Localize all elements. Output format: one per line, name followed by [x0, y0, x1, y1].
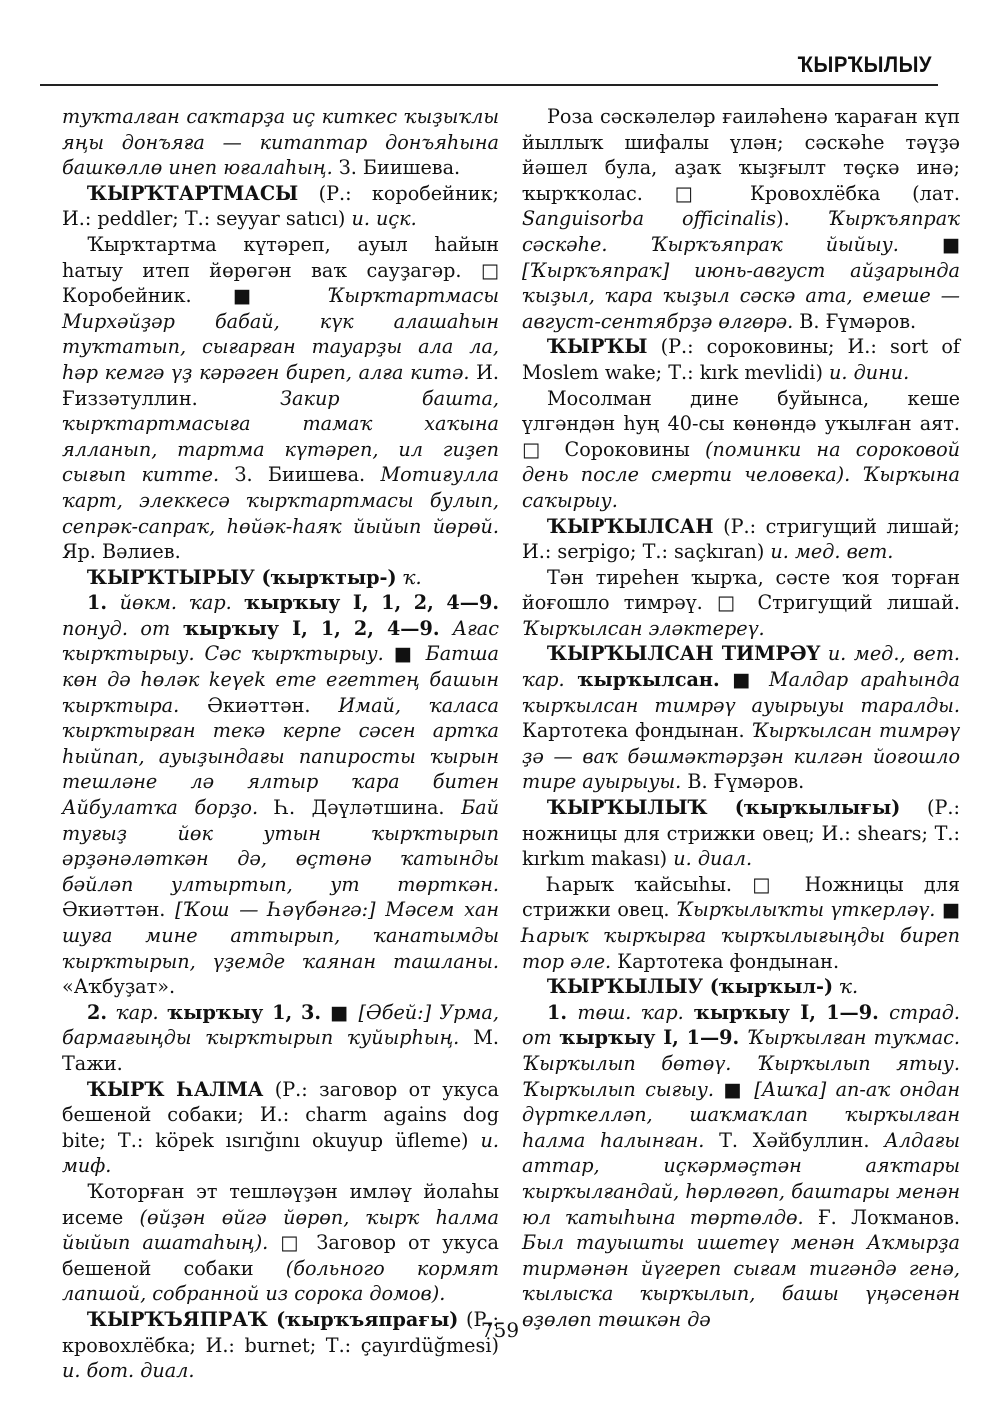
dictionary-entry: ҠЫРҠТЫРЫУ (ҡырҡтыр-) ҡ.: [62, 565, 499, 591]
paragraph: Роза сәскәлеләр ғаиләһенә ҡараған күп йы…: [522, 104, 960, 334]
paragraph: Ҡоторған эт тешләүҙән имләү йолаһы исеме…: [62, 1179, 499, 1307]
headword-text: 2.: [87, 1001, 116, 1024]
text-run: «Аҡбуҙат».: [62, 975, 175, 998]
headword-text: ҡырҡыу I, 1, 2, 4—9.: [232, 591, 499, 614]
italic-text: понуд. от: [62, 617, 170, 640]
italic-text: ҡ.: [403, 566, 422, 589]
headword-text: ҡырҡылсан.: [565, 668, 720, 691]
paragraph: Һарыҡ ҡайсыһы. □ Ножницы для стрижки ове…: [522, 872, 960, 974]
dictionary-entry: ҠЫРҠЫЛСАН ТИМРӘҮ и. мед., вет. ҡар. ҡырҡ…: [522, 641, 960, 795]
headword-text: ҠЫРҠТАРТМАСЫ: [87, 182, 298, 205]
italic-text: и. мед. вет.: [770, 540, 893, 563]
paragraph: Ҡырҡтартма күтәреп, ауыл һайын һатыу ите…: [62, 232, 499, 565]
text-run: Т. Хәйбуллин.: [704, 1129, 884, 1152]
text-run: Ғ. Лоҡманов.: [804, 1206, 960, 1229]
italic-text: и. дини.: [829, 361, 909, 384]
italic-text: и. иҫк.: [351, 207, 416, 230]
dictionary-entry: ҠЫРҠ ҺАЛМА (Р.: заговор от укуса бешеной…: [62, 1077, 499, 1179]
headword-text: ҡырҡыу I, 1, 2, 4—9.: [170, 617, 452, 640]
italic-text: и. бот. диал.: [62, 1359, 195, 1382]
header-rule: [40, 84, 938, 86]
text-run: ■: [720, 668, 769, 691]
italic-text: йөкм. ҡар.: [120, 591, 232, 614]
headword-text: ҠЫРҠЫЛСАН ТИМРӘҮ: [547, 642, 820, 665]
headword-text: ҠЫРҠЫЛЫҠ (ҡырҡылығы): [547, 796, 900, 819]
text-run: ■: [714, 1078, 754, 1101]
text-run: [820, 642, 828, 665]
italic-text: ҡар.: [116, 1001, 159, 1024]
text-run: Әкиәттән.: [179, 694, 338, 717]
paragraph: туҡталған саҡтарҙа иҫ киткес ҡыҙыҡлы яңы…: [62, 104, 499, 181]
dictionary-entry: ҠЫРҠЫЛЫУ (ҡырҡыл-) ҡ.: [522, 974, 960, 1000]
italic-text: и. диал.: [673, 847, 752, 870]
headword-text: 1.: [547, 1001, 577, 1024]
italic-text: Был тауышты ишетеү менән Аҡмырҙа тирмәнә…: [522, 1231, 960, 1331]
headword-text: ҠЫРҠЫ: [547, 335, 648, 358]
italic-text: Sanguisorba officinalis: [522, 207, 776, 230]
text-run: Картотека фондынан.: [611, 950, 839, 973]
headword-text: ҠЫРҠ ҺАЛМА: [87, 1078, 263, 1101]
text-run: Һ. Дәүләтшина.: [258, 796, 461, 819]
headword-text: ҡырҡыу 1, 3.: [159, 1001, 330, 1024]
text-run: ■: [935, 898, 960, 921]
paragraph: Тән тиреһен ҡырҡа, сәсте ҡоя торған йоғо…: [522, 565, 960, 642]
text-run: Яр. Вәлиев.: [62, 540, 181, 563]
italic-text: Ҡырҡылсан эләктереү.: [522, 617, 765, 640]
right-column: Роза сәскәлеләр ғаиләһенә ҡараған күп йы…: [522, 104, 960, 1333]
italic-text: төш. ҡар.: [577, 1001, 683, 1024]
headword-text: 1.: [87, 591, 120, 614]
text-run: ■: [899, 233, 960, 256]
text-run: Роза сәскәлеләр ғаиләһенә ҡараған күп йы…: [522, 105, 960, 205]
headword-text: ҠЫРҠЫЛСАН: [547, 515, 714, 538]
text-run: Картотека фондынан.: [522, 719, 752, 742]
text-run: ).: [776, 207, 828, 230]
paragraph: 2. ҡар. ҡырҡыу 1, 3. ■ [Әбей:] Урма, бар…: [62, 1000, 499, 1077]
italic-text: Ҡырҡылыҡты үткерләү.: [676, 898, 935, 921]
headword-text: ҠЫРҠЫЛЫУ (ҡырҡыл-): [547, 975, 833, 998]
text-run: З. Биишева.: [333, 156, 460, 179]
paragraph: 1. төш. ҡар. ҡырҡыу I, 1—9. страд. от ҡы…: [522, 1000, 960, 1333]
italic-text: ҡ.: [839, 975, 858, 998]
dictionary-entry: ҠЫРҠЫЛЫҠ (ҡырҡылығы) (Р.: ножницы для ст…: [522, 795, 960, 872]
headword-text: ҡырҡыу I, 1—9.: [552, 1026, 747, 1049]
paragraph: 1. йөкм. ҡар. ҡырҡыу I, 1, 2, 4—9. понуд…: [62, 590, 499, 1000]
headword-text: ҠЫРҠТЫРЫУ (ҡырҡтыр-): [87, 566, 397, 589]
page-number: 759: [0, 1318, 1000, 1342]
text-run: З. Биишева.: [219, 463, 380, 486]
text-run: ■: [330, 1001, 359, 1024]
text-run: Тән тиреһен ҡырҡа, сәсте ҡоя торған йоғо…: [522, 566, 960, 615]
paragraph: Мосолман дине буйынса, кеше үлгәндән һуң…: [522, 386, 960, 514]
running-head: ҠЫРҠЫЛЫУ: [798, 52, 932, 78]
text-run: В. Ғүмәров.: [793, 310, 916, 333]
headword-text: ҡырҡыу I, 1—9.: [684, 1001, 889, 1024]
left-column: туҡталған саҡтарҙа иҫ киткес ҡыҙыҡлы яңы…: [62, 104, 499, 1384]
text-run: ■: [384, 642, 426, 665]
dictionary-entry: ҠЫРҠЫЛСАН (Р.: стригущий лишай; И.: serp…: [522, 514, 960, 565]
dictionary-entry: ҠЫРҠЫ (Р.: сороковины; И.: sort of Mosle…: [522, 334, 960, 385]
text-run: Әкиәттән.: [62, 898, 175, 921]
dictionary-entry: ҠЫРҠТАРТМАСЫ (Р.: коробейник; И.: peddle…: [62, 181, 499, 232]
text-run: В. Ғүмәров.: [681, 770, 804, 793]
